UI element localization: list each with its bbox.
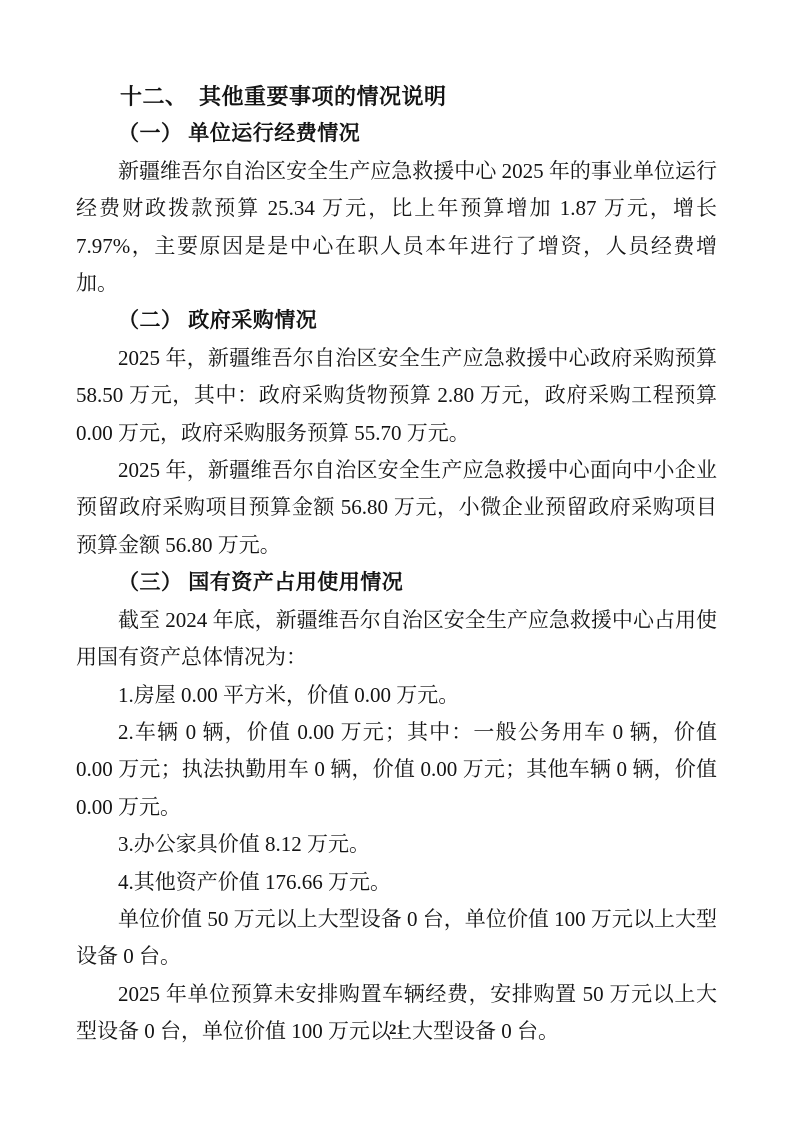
list-item-other-assets: 4.其他资产价值 176.66 万元。 (76, 864, 717, 901)
paragraph-large-equipment: 单位价值 50 万元以上大型设备 0 台，单位价值 100 万元以上大型设备 0… (76, 901, 717, 976)
heading-government-procurement: （二） 政府采购情况 (76, 302, 717, 339)
document-content: 十二、 其他重要事项的情况说明 （一） 单位运行经费情况 新疆维吾尔自治区安全生… (76, 78, 717, 1051)
paragraph-vehicle-equipment-budget: 2025 年单位预算未安排购置车辆经费，安排购置 50 万元以上大型设备 0 台… (76, 976, 717, 1051)
document-page: 十二、 其他重要事项的情况说明 （一） 单位运行经费情况 新疆维吾尔自治区安全生… (0, 0, 793, 1122)
list-item-office-furniture: 3.办公家具价值 8.12 万元。 (76, 826, 717, 863)
heading-state-owned-assets: （三） 国有资产占用使用情况 (76, 564, 717, 601)
list-item-vehicles: 2.车辆 0 辆，价值 0.00 万元；其中：一般公务用车 0 辆，价值 0.0… (76, 714, 717, 826)
heading-unit-operating-expenses: （一） 单位运行经费情况 (76, 115, 717, 152)
document-title: 十二、 其他重要事项的情况说明 (76, 78, 717, 115)
paragraph-procurement-budget: 2025 年，新疆维吾尔自治区安全生产应急救援中心政府采购预算 58.50 万元… (76, 340, 717, 452)
paragraph-assets-overview: 截至 2024 年底，新疆维吾尔自治区安全生产应急救援中心占用使用国有资产总体情… (76, 602, 717, 677)
page-number: 21 (0, 1022, 793, 1039)
paragraph-operating-expenses: 新疆维吾尔自治区安全生产应急救援中心 2025 年的事业单位运行经费财政拨款预算… (76, 153, 717, 303)
paragraph-procurement-sme-reserve: 2025 年，新疆维吾尔自治区安全生产应急救援中心面向中小企业预留政府采购项目预… (76, 452, 717, 564)
list-item-housing: 1.房屋 0.00 平方米，价值 0.00 万元。 (76, 677, 717, 714)
